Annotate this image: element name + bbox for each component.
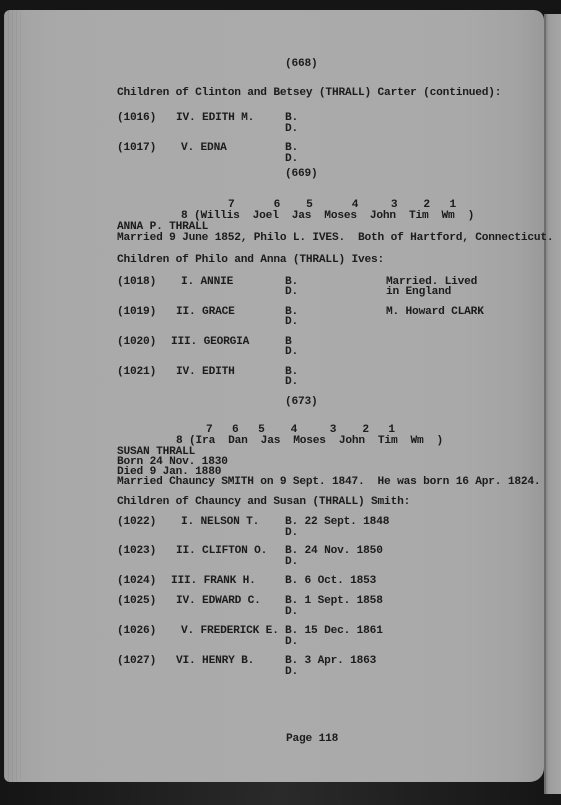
section-number-669: (669) <box>285 168 318 181</box>
child-note: in England <box>386 286 451 299</box>
page-binding-edge <box>4 10 22 782</box>
child-died: D. <box>285 346 298 359</box>
lineage-names: 8 (Ira Dan Jas Moses John Tim Wm ) <box>176 435 443 448</box>
child-born: B. 3 Apr. 1863 <box>285 655 376 668</box>
child-name: I. NELSON T. <box>181 516 259 529</box>
child-id: (1027) <box>117 655 156 668</box>
child-died: D. <box>285 606 298 619</box>
child-born: B. 22 Sept. 1848 <box>285 516 389 529</box>
child-name: II. GRACE <box>176 306 235 319</box>
lineage-names: 8 (Willis Joel Jas Moses John Tim Wm ) <box>181 210 474 223</box>
child-id: (1024) <box>117 575 156 588</box>
child-id: (1023) <box>117 545 156 558</box>
person-detail: Married Chauncy SMITH on 9 Sept. 1847. H… <box>117 476 540 489</box>
section-number-668: (668) <box>285 58 318 71</box>
child-name: IV. EDITH <box>176 366 235 379</box>
page-footer: Page 118 <box>286 733 338 746</box>
child-id: (1020) <box>117 336 156 349</box>
child-note: M. Howard CLARK <box>386 306 484 319</box>
child-died: D. <box>285 376 298 389</box>
child-died: D. <box>285 666 298 679</box>
child-name: VI. HENRY B. <box>176 655 254 668</box>
child-id: (1019) <box>117 306 156 319</box>
person-detail: Married 9 June 1852, Philo L. IVES. Both… <box>117 232 553 245</box>
child-died: D. <box>285 636 298 649</box>
child-name: II. CLIFTON O. <box>176 545 267 558</box>
child-died: D. <box>285 316 298 329</box>
child-born: B. 15 Dec. 1861 <box>285 625 383 638</box>
child-name: IV. EDWARD C. <box>176 595 261 608</box>
child-died: D. <box>285 153 298 166</box>
child-name: I. ANNIE <box>181 276 233 289</box>
child-id: (1021) <box>117 366 156 379</box>
child-born: B. 24 Nov. 1850 <box>285 545 383 558</box>
section-number-673: (673) <box>285 396 318 409</box>
section-heading-ives: Children of Philo and Anna (THRALL) Ives… <box>117 254 384 267</box>
child-died: D. <box>285 286 298 299</box>
child-died: D. <box>285 556 298 569</box>
child-name: III. FRANK H. <box>171 575 256 588</box>
child-born: B. 6 Oct. 1853 <box>285 575 376 588</box>
child-name: III. GEORGIA <box>171 336 249 349</box>
child-died: D. <box>285 527 298 540</box>
child-id: (1016) <box>117 112 156 125</box>
child-died: D. <box>285 123 298 136</box>
section-heading-smith: Children of Chauncy and Susan (THRALL) S… <box>117 496 410 509</box>
child-id: (1022) <box>117 516 156 529</box>
page-right-edge <box>544 14 561 794</box>
child-id: (1017) <box>117 142 156 155</box>
child-born: B. 1 Sept. 1858 <box>285 595 383 608</box>
child-id: (1025) <box>117 595 156 608</box>
child-name: IV. EDITH M. <box>176 112 254 125</box>
child-name: V. FREDERICK E. <box>181 625 279 638</box>
child-id: (1018) <box>117 276 156 289</box>
section-heading-carter: Children of Clinton and Betsey (THRALL) … <box>117 87 501 100</box>
child-id: (1026) <box>117 625 156 638</box>
document-page <box>4 10 544 782</box>
child-name: V. EDNA <box>181 142 227 155</box>
